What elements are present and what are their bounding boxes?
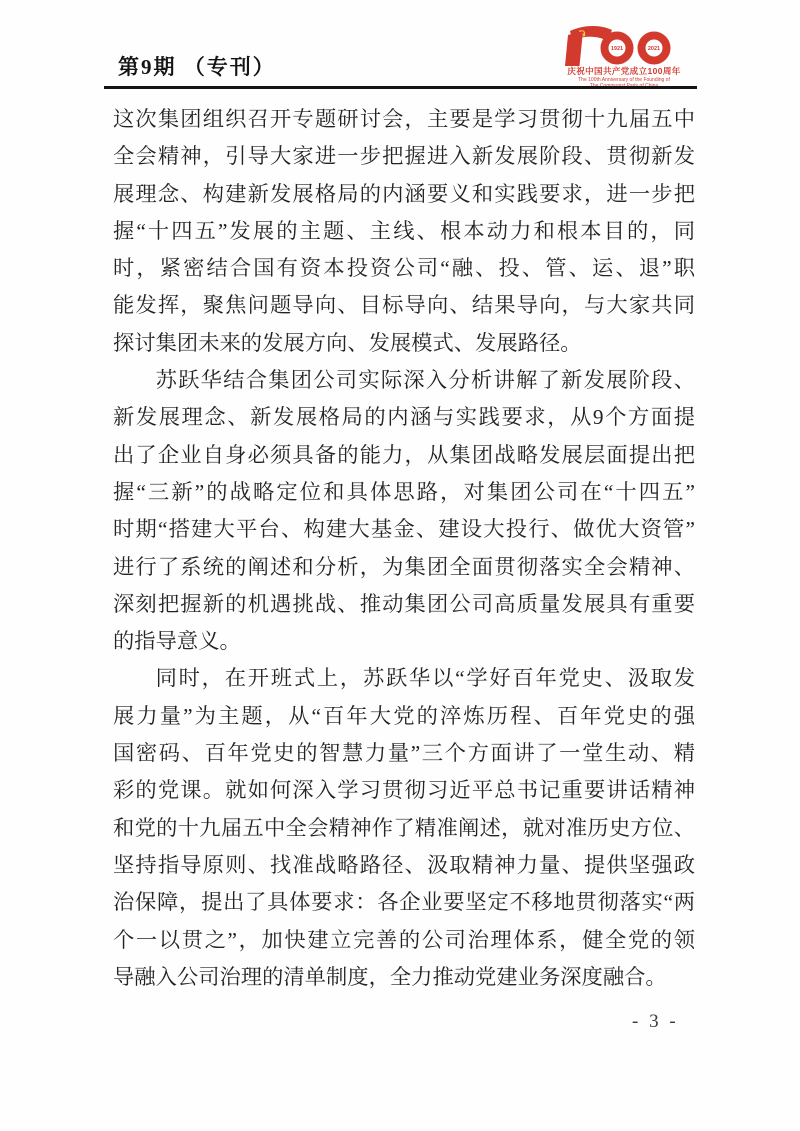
logo-digit-one [565, 31, 583, 66]
logo-caption-cn: 庆祝中国共产党成立100周年 [553, 67, 695, 76]
logo-100-graphic: 1921 2021 [555, 26, 693, 66]
paragraph: 苏跃华结合集团公司实际深入分析讲解了新发展阶段、新发展理念、新发展格局的内涵与实… [113, 362, 695, 660]
paragraph: 这次集团组织召开专题研讨会，主要是学习贯彻十九届五中全会精神，引导大家进一步把握… [113, 101, 695, 362]
text-line: 和党的十九届五中全会精神作了精准阐述，就对准历史方位、 [113, 810, 695, 847]
text-line: 深刻把握新的机遇挑战、推动集团公司高质量发展具有重要 [113, 586, 695, 623]
logo-year-right: 2021 [648, 46, 660, 52]
text-line: 时，紧密结合国有资本投资公司“融、投、管、运、退”职 [113, 250, 695, 287]
issue-label: 第9期 （专刊） [118, 51, 276, 81]
cpc-100th-anniversary-logo: 1921 2021 庆祝中国共产党成立100周年 The 100th Anniv… [553, 26, 695, 89]
text-line: 出了企业自身必须具备的能力，从集团战略发展层面提出把 [113, 437, 695, 474]
text-line: 探讨集团未来的发展方向、发展模式、发展路径。 [113, 325, 695, 362]
text-line: 治保障，提出了具体要求：各企业要坚定不移地贯彻落实“两 [113, 884, 695, 921]
text-line: 导融入公司治理的清单制度，全力推动党建业务深度融合。 [113, 959, 695, 996]
text-line: 握“十四五”发展的主题、主线、根本动力和根本目的，同 [113, 213, 695, 250]
text-line: 个一以贯之”，加快建立完善的公司治理体系，健全党的领 [113, 922, 695, 959]
document-page: 第9期 （专刊） 1921 2021 庆祝中国共产党成立100周年 The 10… [0, 0, 800, 1131]
text-line: 新发展理念、新发展格局的内涵与实践要求，从9个方面提 [113, 399, 695, 436]
text-line: 握“三新”的战略定位和具体思路，对集团公司在“十四五” [113, 474, 695, 511]
page-number: - 3 - [632, 1011, 679, 1033]
text-line: 国密码、百年党史的智慧力量”三个方面讲了一堂生动、精 [113, 735, 695, 772]
text-line: 这次集团组织召开专题研讨会，主要是学习贯彻十九届五中 [113, 101, 695, 138]
text-line: 进行了系统的阐述和分析，为集团全面贯彻落实全会精神、 [113, 549, 695, 586]
text-line: 苏跃华结合集团公司实际深入分析讲解了新发展阶段、 [113, 362, 695, 399]
text-line: 的指导意义。 [113, 623, 695, 660]
text-line: 彩的党课。就如何深入学习贯彻习近平总书记重要讲话精神 [113, 772, 695, 809]
text-line: 全会精神，引导大家进一步把握进入新发展阶段、贯彻新发 [113, 138, 695, 175]
text-line: 能发挥，聚焦问题导向、目标导向、结果导向，与大家共同 [113, 287, 695, 324]
text-line: 同时，在开班式上，苏跃华以“学好百年党史、汲取发 [113, 660, 695, 697]
logo-year-left: 1921 [611, 46, 623, 52]
header-divider [104, 86, 697, 89]
text-line: 坚持指导原则、找准战略路径、汲取精神力量、提供坚强政 [113, 847, 695, 884]
text-line: 时期“搭建大平台、构建大基金、建设大投行、做优大资管” [113, 511, 695, 548]
text-line: 展理念、构建新发展格局的内涵要义和实践要求，进一步把 [113, 176, 695, 213]
body-text: 这次集团组织召开专题研讨会，主要是学习贯彻十九届五中全会精神，引导大家进一步把握… [113, 101, 695, 996]
text-line: 展力量”为主题，从“百年大党的淬炼历程、百年党史的强 [113, 698, 695, 735]
paragraph: 同时，在开班式上，苏跃华以“学好百年党史、汲取发展力量”为主题，从“百年大党的淬… [113, 660, 695, 996]
